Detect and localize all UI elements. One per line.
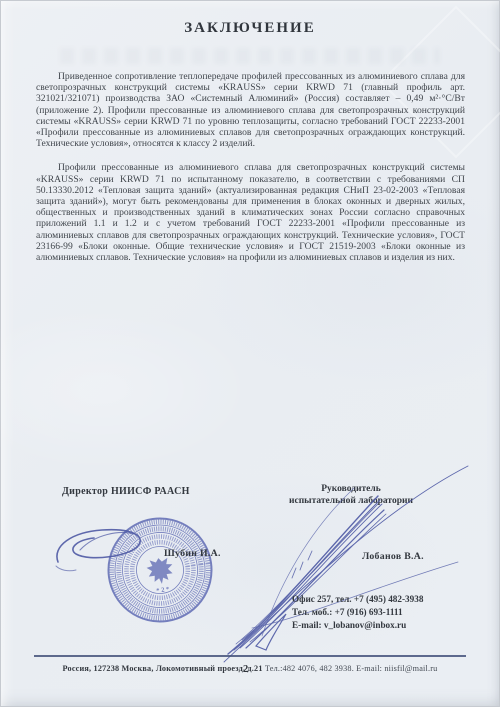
paragraph-thermal-resistance: Приведенное сопротивление теплопередаче … xyxy=(36,71,465,149)
page-number: 2 xyxy=(243,664,248,675)
director-signature xyxy=(50,520,180,582)
lab-head-signature xyxy=(222,458,478,664)
contact-office-phone: Офис 257, тел. +7 (495) 482-3938 xyxy=(292,593,423,606)
contact-mobile-phone: Тел. моб.: +7 (916) 693-1111 xyxy=(292,606,423,619)
paragraph-recommendation: Профили прессованные из алюминиевого спл… xyxy=(36,162,465,263)
footer-phones-email: Тел.:482 4076, 482 3938. E-mail: niisfil… xyxy=(265,664,438,673)
lab-head-name: Лобанов В.А. xyxy=(362,551,424,562)
contact-email: E-mail: v_lobanov@inbox.ru xyxy=(292,619,423,632)
document-body: Приведенное сопротивление теплопередаче … xyxy=(36,71,465,276)
contact-block: Офис 257, тел. +7 (495) 482-3938 Тел. мо… xyxy=(292,593,423,632)
ink-bleed-ghost-text xyxy=(60,48,440,64)
director-name: Шубин И.А. xyxy=(164,548,221,559)
footer-address: Россия, 127238 Москва, Локомотивный прое… xyxy=(63,664,263,673)
footer-divider xyxy=(34,655,466,657)
stamp-center-mark: * 2 * xyxy=(156,586,170,595)
document-title: ЗАКЛЮЧЕНИЕ xyxy=(0,20,500,37)
footer-address-line: Россия, 127238 Москва, Локомотивный прое… xyxy=(0,664,500,673)
signer-role-director: Директор НИИСФ РААСН xyxy=(62,486,190,497)
scanned-document-page: ЗАКЛЮЧЕНИЕ Приведенное сопротивление теп… xyxy=(0,0,500,707)
